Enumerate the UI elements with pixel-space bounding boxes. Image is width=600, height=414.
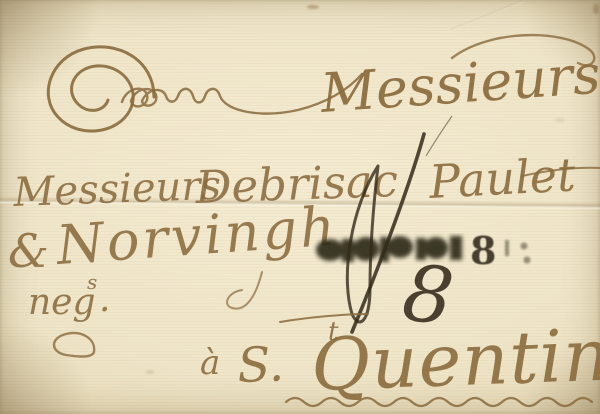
profession-abbrev: neg: [28, 282, 96, 323]
salutation-text: Messieurs: [318, 43, 600, 125]
conjunction-ampersand: &: [8, 224, 49, 278]
rate-marking: 8: [347, 116, 458, 344]
profession-superscript: s: [87, 270, 97, 294]
postmark-digit: 8: [470, 228, 496, 273]
recipient-word-paulet: Paulet: [427, 147, 577, 209]
letter-scan: Messieurs Messieurs Debrisac Paulet & No…: [0, 0, 600, 414]
destination-city: Quentin: [310, 313, 600, 407]
norvingh-descender-flourish: [227, 272, 262, 309]
destination-preposition: à: [200, 343, 220, 383]
postmark-faint-marks: [505, 240, 531, 264]
handwriting-layer: Messieurs Messieurs Debrisac Paulet & No…: [0, 0, 600, 414]
rate-hairline-stroke: [426, 116, 452, 156]
profession-period: .: [99, 279, 110, 320]
destination-saint-initial: S.: [236, 336, 284, 394]
teardrop-flourish: [54, 333, 94, 357]
